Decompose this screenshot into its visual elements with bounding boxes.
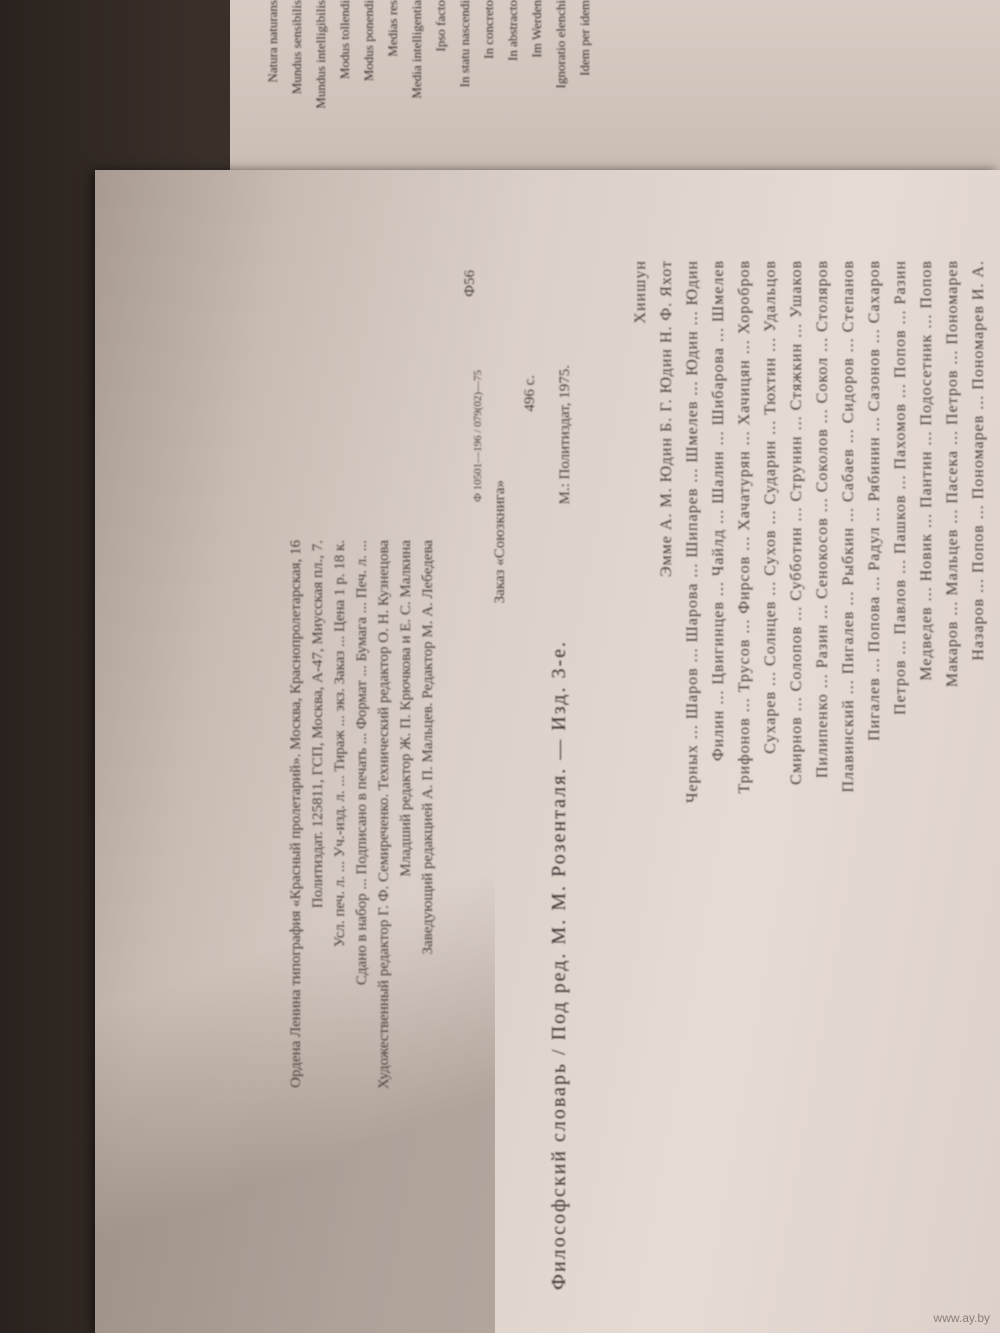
contributor-line: Трифонов ... Трусов ... Фирсов ... Хачат… bbox=[736, 260, 754, 793]
contributor-line: Хиишун bbox=[632, 260, 650, 324]
contributor-line: Медведев ... Новик ... Пантин ... Подосе… bbox=[918, 260, 936, 681]
contributor-line: Эмме А. М. Юдин Б. Г. Юдин Н. Ф. Яхот bbox=[658, 260, 676, 577]
catalog-udc: Ф56 bbox=[462, 270, 479, 297]
contributor-line: Филин ... Цвигинцев ... Чайлд ... Шалин … bbox=[710, 260, 728, 761]
contributor-line: Макаров ... Мальцев ... Пасека ... Петро… bbox=[944, 260, 962, 687]
back-entry: Mundus sensibilis bbox=[289, 0, 305, 94]
contributor-line: Нaзаров ... Попов ... Пономарев ... Поно… bbox=[970, 260, 988, 661]
contributor-line: Смирнов ... Солопов ... Субботин ... Стр… bbox=[788, 260, 806, 785]
back-entry: Medias res bbox=[385, 0, 401, 57]
back-entry: Natura naturans bbox=[265, 0, 281, 83]
watermark: www.ay.by bbox=[934, 1311, 990, 1325]
catalog-imprint: М.: Политиздат, 1975. bbox=[557, 365, 574, 504]
catalog-order: Заказ «Союзкнига» bbox=[492, 480, 509, 603]
back-entry: Media intelligentia bbox=[409, 0, 425, 99]
contributor-line: Пилипенко ... Разин ... Сенокосов ... Со… bbox=[814, 260, 832, 778]
back-entry: In statu nascendi bbox=[457, 0, 473, 87]
contributor-line: Пигалев ... Попова ... Радул ... Рябинин… bbox=[866, 260, 884, 741]
back-entry: Mundus intelligibilis bbox=[313, 0, 329, 109]
back-entry: Modus tollendi bbox=[337, 0, 353, 79]
contributor-line: Сухарев ... Солнцев ... Сухов ... Судари… bbox=[762, 260, 780, 754]
back-entry: In abstracto bbox=[505, 0, 521, 61]
contributor-line: Черных ... Шаров ... Шарова ... Шипарев … bbox=[684, 260, 702, 803]
back-entry: Ipso facto bbox=[433, 0, 449, 52]
contributor-line: Плавинский ... Пигалев ... Рыбкин ... Са… bbox=[840, 260, 858, 793]
back-page-text: Idem per idemIgnoratio elenchiIm WerdenI… bbox=[232, 0, 612, 180]
back-entry: Im Werden bbox=[529, 0, 545, 58]
shadow bbox=[95, 700, 495, 1333]
back-entry: In concreto bbox=[481, 0, 497, 59]
back-entry: Idem per idem bbox=[577, 0, 593, 76]
catalog-code: Ф 10501—196 / 079(02)—75 bbox=[472, 370, 484, 502]
catalog-title: Философский словарь / Под ред. М. М. Роз… bbox=[548, 640, 571, 1290]
back-entry: Modus ponendi bbox=[361, 0, 377, 81]
back-entry: Ignoratio elenchi bbox=[553, 0, 569, 88]
catalog-pages: 496 с. bbox=[522, 375, 539, 412]
contributor-line: Петров ... Павлов ... Пашков ... Пахомов… bbox=[892, 260, 910, 715]
